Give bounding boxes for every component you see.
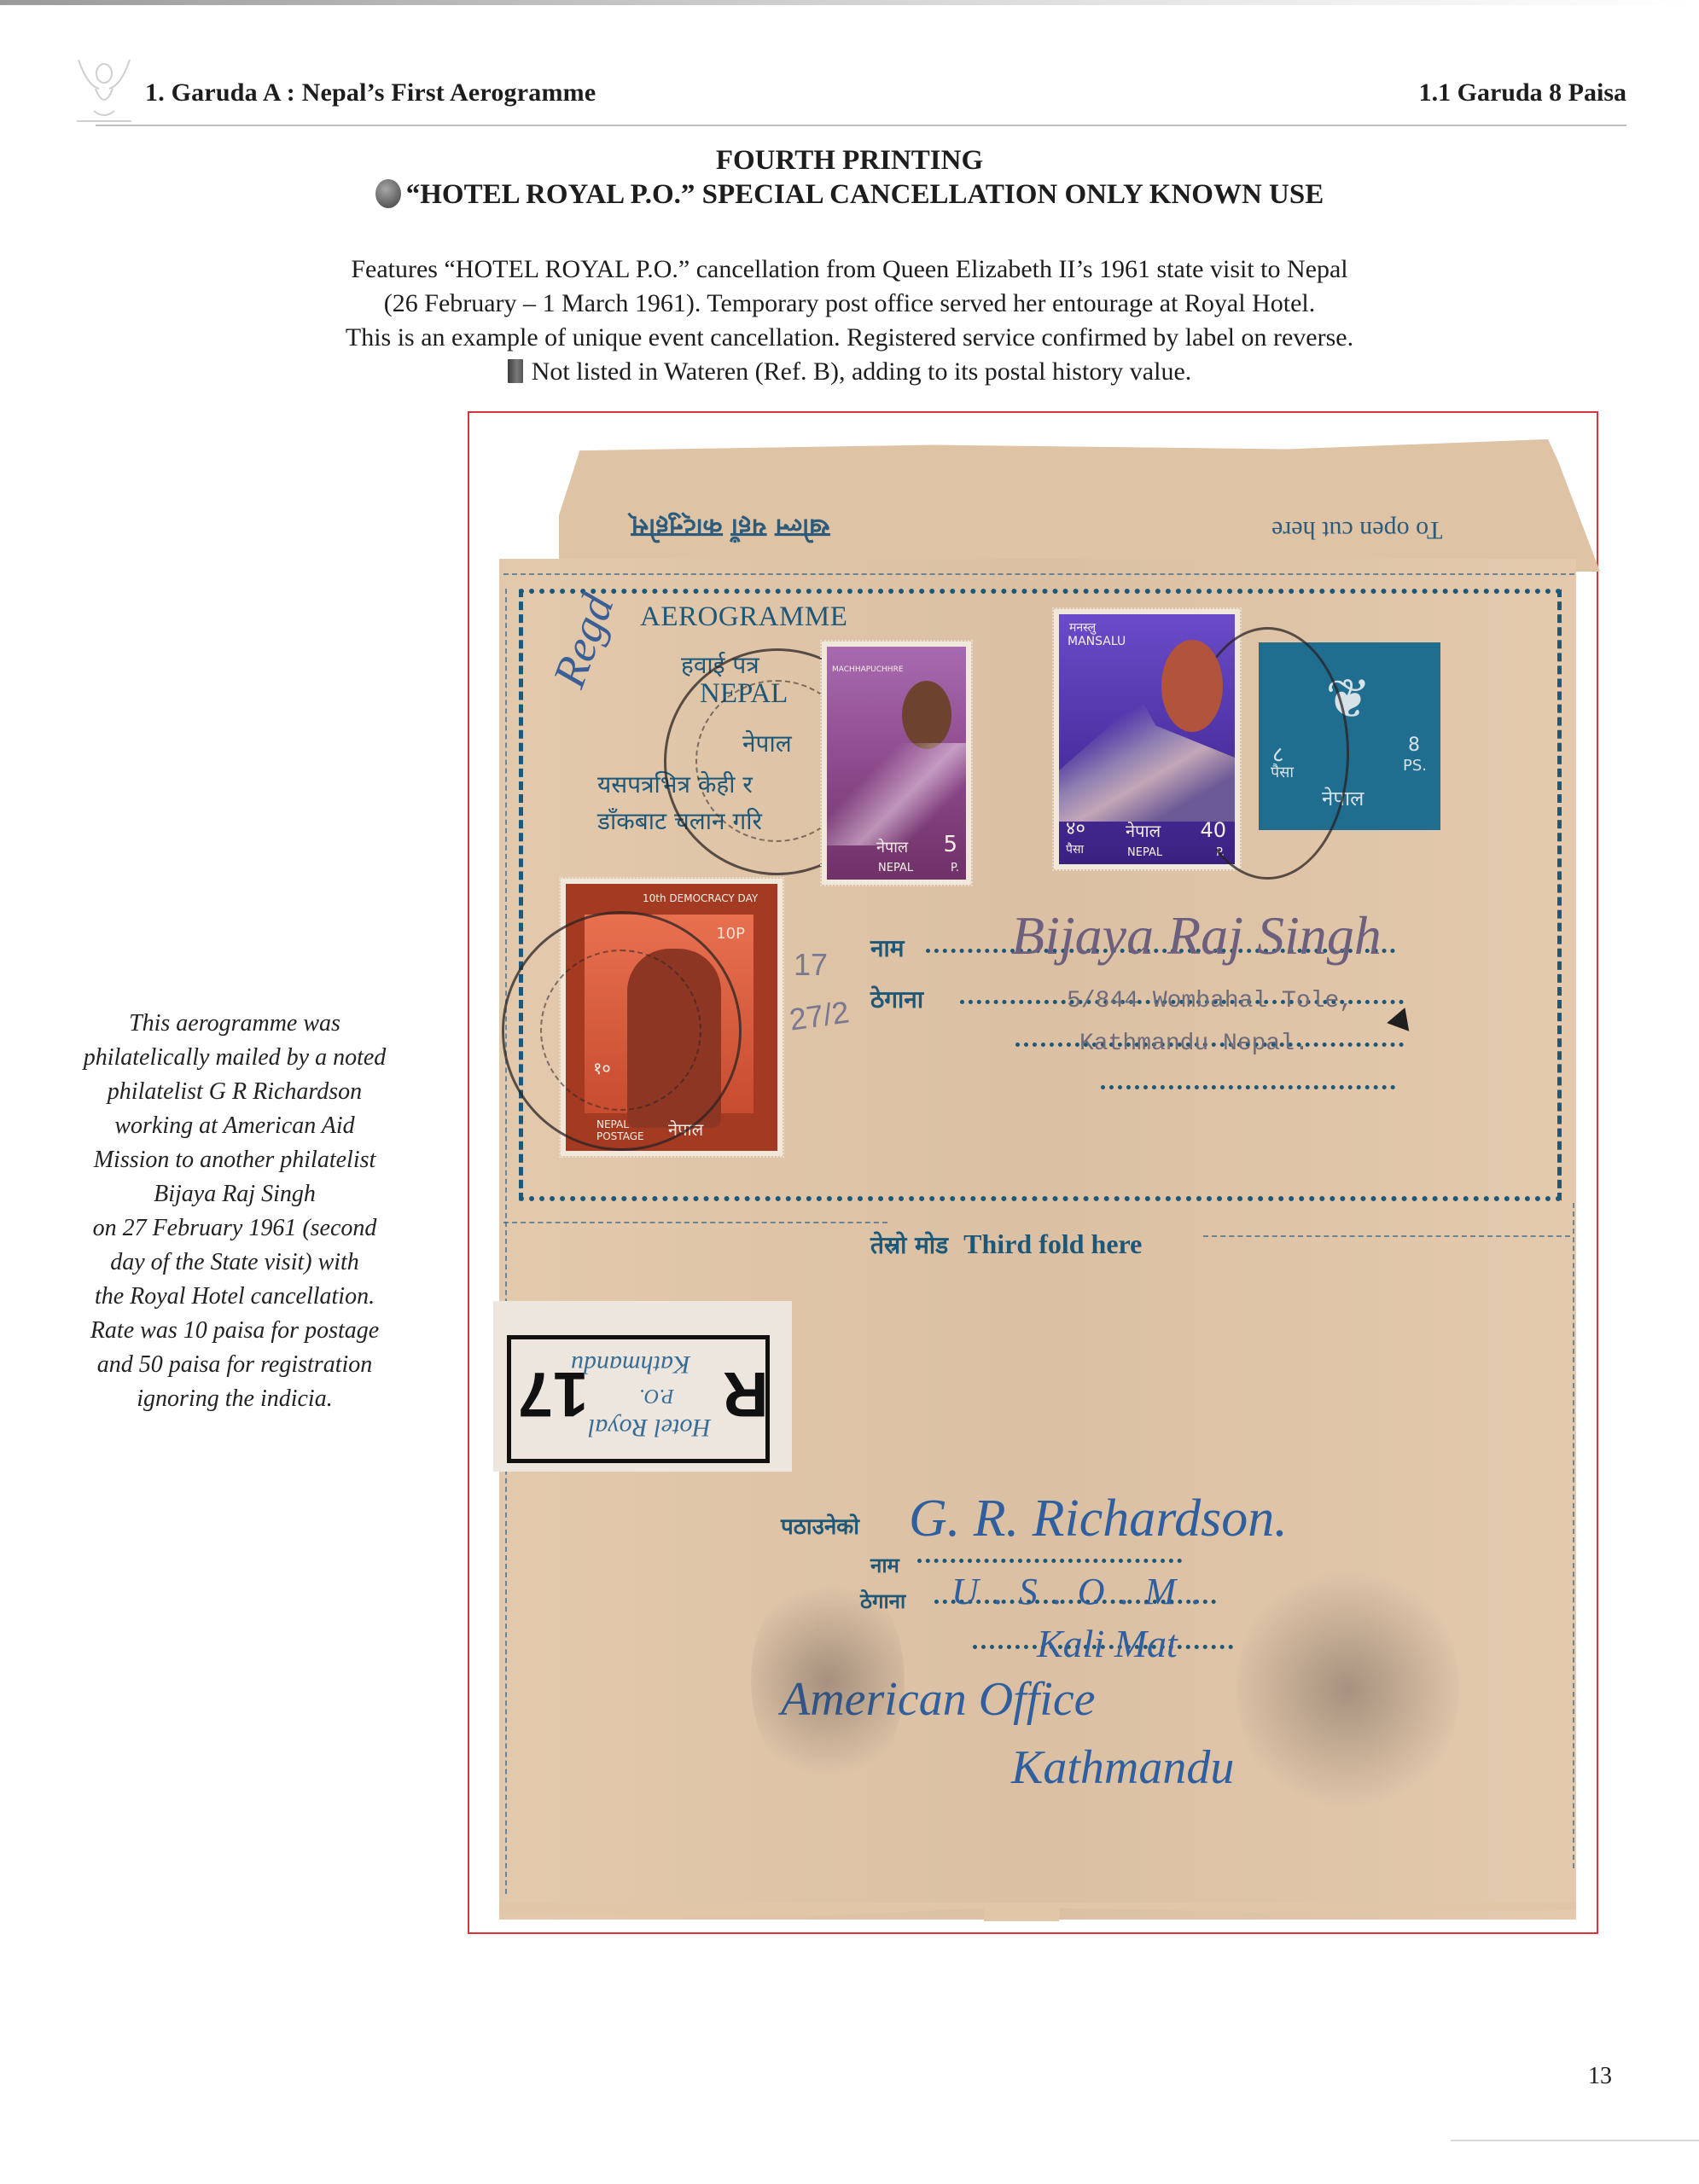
side-note-line: philatelically mailed by a noted: [73, 1041, 397, 1075]
description-note-text: Not listed in Wateren (Ref. B), adding t…: [532, 357, 1192, 386]
cancellation-heading: “HOTEL ROYAL P.O.” SPECIAL CANCELLATION …: [0, 179, 1699, 211]
description-line: Features “HOTEL ROYAL P.O.” cancellation…: [0, 253, 1699, 287]
stamp-caption: 10th DEMOCRACY DAY: [643, 892, 758, 904]
printing-heading: FOURTH PRINTING: [0, 145, 1699, 177]
registration-box: R 17 Hotel Royal P.O. Kathmandu: [507, 1335, 770, 1463]
side-note-line: This aerogramme was: [73, 1007, 397, 1041]
stamp-caption: MACHHAPUCHHRE: [832, 665, 904, 674]
garuda-emblem-icon: [70, 51, 138, 125]
stamp-value: 10P: [716, 925, 745, 943]
fold-line-left: [505, 589, 507, 1894]
aerogramme-title: AEROGRAMME: [640, 601, 847, 633]
third-fold-hindi: तेस्रो मोड: [870, 1231, 948, 1259]
stamp-country-hindi: नेपाल: [1126, 819, 1161, 842]
side-note-line: and 50 paisa for registration: [73, 1348, 397, 1382]
side-note-line: Mission to another philatelist: [73, 1143, 397, 1177]
fold-line-right: [1573, 1203, 1574, 1868]
sender-label: पठाउनेको: [781, 1510, 859, 1541]
stamp-caption: MANSALU: [1068, 635, 1126, 648]
registration-office-po: P.O.: [639, 1384, 674, 1407]
side-note-line: philatelist G R Richardson: [73, 1075, 397, 1109]
postmark-inner-ring: [540, 950, 701, 1111]
recipient-name: Bijaya Raj Singh: [1011, 904, 1382, 967]
recipient-address-label: ठेगाना: [870, 983, 923, 1015]
registration-office: Hotel Royal: [588, 1413, 711, 1442]
header-rule: [96, 125, 1626, 126]
third-fold-line: [1203, 1235, 1570, 1237]
aerogramme-flap: [559, 431, 1600, 572]
recipient-address-line1: 5/844 Wombahal Tole,: [1067, 988, 1353, 1014]
stamp-country: NEPAL: [878, 862, 913, 874]
side-note-line: Bijaya Raj Singh: [73, 1177, 397, 1211]
sender-name: G. R. Richardson.: [909, 1489, 1288, 1549]
cancellation-heading-text: “HOTEL ROYAL P.O.” SPECIAL CANCELLATION …: [406, 179, 1324, 210]
arrow-mark-icon: [1385, 1008, 1409, 1035]
third-fold-text: Third fold here: [963, 1228, 1142, 1259]
cut-line: [503, 573, 1574, 575]
stamp-unit: P.: [951, 862, 959, 874]
recipient-name-label: नाम: [870, 932, 905, 964]
sender-address-line2: Kali Mat: [1037, 1621, 1178, 1666]
flap-hindi-text: खोल्न यहाँ काट्नुहोस्: [631, 512, 830, 547]
side-note-line: ignoring the indicia.: [73, 1382, 397, 1416]
section-title: 1.1 Garuda 8 Paisa: [1419, 78, 1626, 107]
footer-rule: [1451, 2140, 1699, 2141]
page-number: 13: [1588, 2063, 1612, 2090]
sender-address-line4: Kathmandu: [1011, 1740, 1234, 1795]
recipient-address-line: [1101, 1085, 1395, 1089]
stamp-country-hindi: नेपाल: [876, 837, 908, 857]
hotel-royal-postmark: [1186, 627, 1349, 880]
postmark-smudge: [1237, 1561, 1459, 1817]
flap-open-instruction: To open cut here: [1271, 515, 1442, 544]
chapter-title: 1. Garuda A : Nepal’s First Aerogramme: [145, 78, 596, 107]
third-fold-line: [503, 1222, 887, 1223]
scan-top-edge: [0, 0, 1699, 5]
king-portrait: [902, 681, 951, 749]
registration-letter: R: [723, 1358, 768, 1431]
side-note-line: Rate was 10 paisa for postage: [73, 1314, 397, 1348]
side-note-line: on 27 February 1961 (second: [73, 1211, 397, 1246]
stamp-5-paisa-machhapuchhre: MACHHAPUCHHRE नेपाल NEPAL 5 P.: [822, 642, 971, 885]
description: Features “HOTEL ROYAL P.O.” cancellation…: [0, 253, 1699, 389]
postmark-smudge: [751, 1570, 905, 1792]
pencil-note-number: 17: [794, 947, 828, 983]
recipient-address-line2: Kathmandu Nepal.: [1079, 1031, 1309, 1057]
side-note-line: the Royal Hotel cancellation.: [73, 1280, 397, 1314]
book-icon: [508, 359, 523, 383]
side-note-line: working at American Aid: [73, 1109, 397, 1143]
stamp-value: 5: [943, 832, 957, 857]
indicia-unit: PS.: [1403, 757, 1427, 775]
stamp-paisa-hindi: पैसा: [1066, 841, 1084, 857]
description-note: Not listed in Wateren (Ref. B), adding t…: [0, 355, 1699, 389]
mountain-illustration: [827, 743, 966, 845]
registration-label: R 17 Hotel Royal P.O. Kathmandu: [493, 1301, 792, 1472]
third-fold-label: तेस्रो मोडThird fold here: [870, 1228, 1142, 1261]
side-note-line: day of the State visit) with: [73, 1246, 397, 1280]
description-line: (26 February – 1 March 1961). Temporary …: [0, 287, 1699, 321]
stamp-value-hindi: ४०: [1066, 815, 1085, 840]
stamp-country: NEPAL: [1127, 846, 1162, 859]
indicia-value: 8: [1408, 735, 1420, 756]
side-note: This aerogramme was philatelically maile…: [73, 1007, 397, 1416]
grey-dot-icon: [375, 179, 401, 208]
sender-name-label: नाम: [870, 1551, 899, 1579]
sender-address-line1: U.S.O.M.: [951, 1570, 1216, 1613]
stamp-caption-hindi: मनस्लु: [1069, 619, 1096, 636]
sender-name-line: [917, 1559, 1182, 1563]
registration-city: Kathmandu: [571, 1350, 690, 1379]
description-line: This is an example of unique event cance…: [0, 321, 1699, 355]
